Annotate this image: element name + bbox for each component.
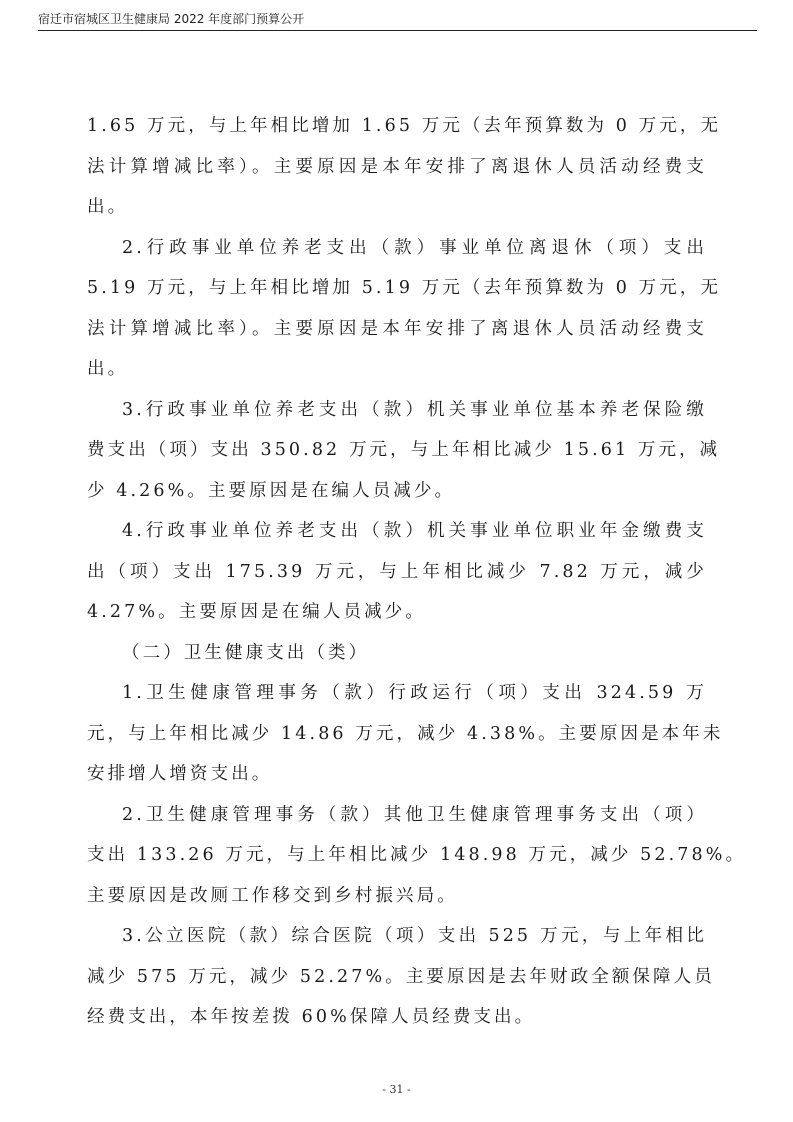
running-header: 宿迁市宿城区卫生健康局 2022 年度部门预算公开 [38,10,304,27]
header-divider [38,30,757,31]
paragraph-admin-operation: 1.卫生健康管理事务（款）行政运行（项）支出 324.59 万 元，与上年相比减… [87,673,707,795]
text-line: 2.卫生健康管理事务（款）其他卫生健康管理事务支出（项） [87,795,707,836]
section-heading-text: （二）卫生健康支出（类） [87,633,707,674]
text-line: 经费支出，本年按差拨 60%保障人员经费支出。 [87,997,707,1038]
text-line: 出（项）支出 175.39 万元，与上年相比减少 7.82 万元，减少 [87,552,707,593]
text-line: 元，与上年相比减少 14.86 万元，减少 4.38%。主要原因是本年未 [87,714,707,755]
text-line: 减少 575 万元，减少 52.27%。主要原因是去年财政全额保障人员 [87,957,707,998]
text-line: 1.卫生健康管理事务（款）行政运行（项）支出 324.59 万 [87,673,707,714]
section-heading: （二）卫生健康支出（类） [87,633,707,674]
paragraph-occupational-annuity: 4.行政事业单位养老支出（款）机关事业单位职业年金缴费支 出（项）支出 175.… [87,511,707,633]
document-body: 1.65 万元，与上年相比增加 1.65 万元（去年预算数为 0 万元，无 法计… [87,106,707,1038]
text-line: 法计算增减比率）。主要原因是本年安排了离退休人员活动经费支 [87,147,707,188]
text-line: 1.65 万元，与上年相比增加 1.65 万元（去年预算数为 0 万元，无 [87,106,707,147]
text-line: 2.行政事业单位养老支出（款）事业单位离退休（项）支出 [87,228,707,269]
paragraph-continuation: 1.65 万元，与上年相比增加 1.65 万元（去年预算数为 0 万元，无 法计… [87,106,707,228]
paragraph-general-hospital: 3.公立医院（款）综合医院（项）支出 525 万元，与上年相比 减少 575 万… [87,916,707,1038]
text-line: 法计算增减比率）。主要原因是本年安排了离退休人员活动经费支 [87,309,707,350]
paragraph-pension-insurance: 3.行政事业单位养老支出（款）机关事业单位基本养老保险缴 费支出（项）支出 35… [87,390,707,512]
page-number: - 31 - [0,1083,793,1096]
text-line: 出。 [87,349,707,390]
text-line: 支出 133.26 万元，与上年相比减少 148.98 万元，减少 52.78%… [87,835,707,876]
text-line: 3.公立医院（款）综合医院（项）支出 525 万元，与上年相比 [87,916,707,957]
text-line: 4.27%。主要原因是在编人员减少。 [87,592,707,633]
text-line: 5.19 万元，与上年相比增加 5.19 万元（去年预算数为 0 万元，无 [87,268,707,309]
text-line: 出。 [87,187,707,228]
paragraph-pension-retiree: 2.行政事业单位养老支出（款）事业单位离退休（项）支出 5.19 万元，与上年相… [87,228,707,390]
paragraph-other-health-admin: 2.卫生健康管理事务（款）其他卫生健康管理事务支出（项） 支出 133.26 万… [87,795,707,917]
text-line: 主要原因是改厕工作移交到乡村振兴局。 [87,876,707,917]
text-line: 费支出（项）支出 350.82 万元，与上年相比减少 15.61 万元，减 [87,430,707,471]
text-line: 少 4.26%。主要原因是在编人员减少。 [87,471,707,512]
text-line: 安排增人增资支出。 [87,754,707,795]
text-line: 3.行政事业单位养老支出（款）机关事业单位基本养老保险缴 [87,390,707,431]
text-line: 4.行政事业单位养老支出（款）机关事业单位职业年金缴费支 [87,511,707,552]
